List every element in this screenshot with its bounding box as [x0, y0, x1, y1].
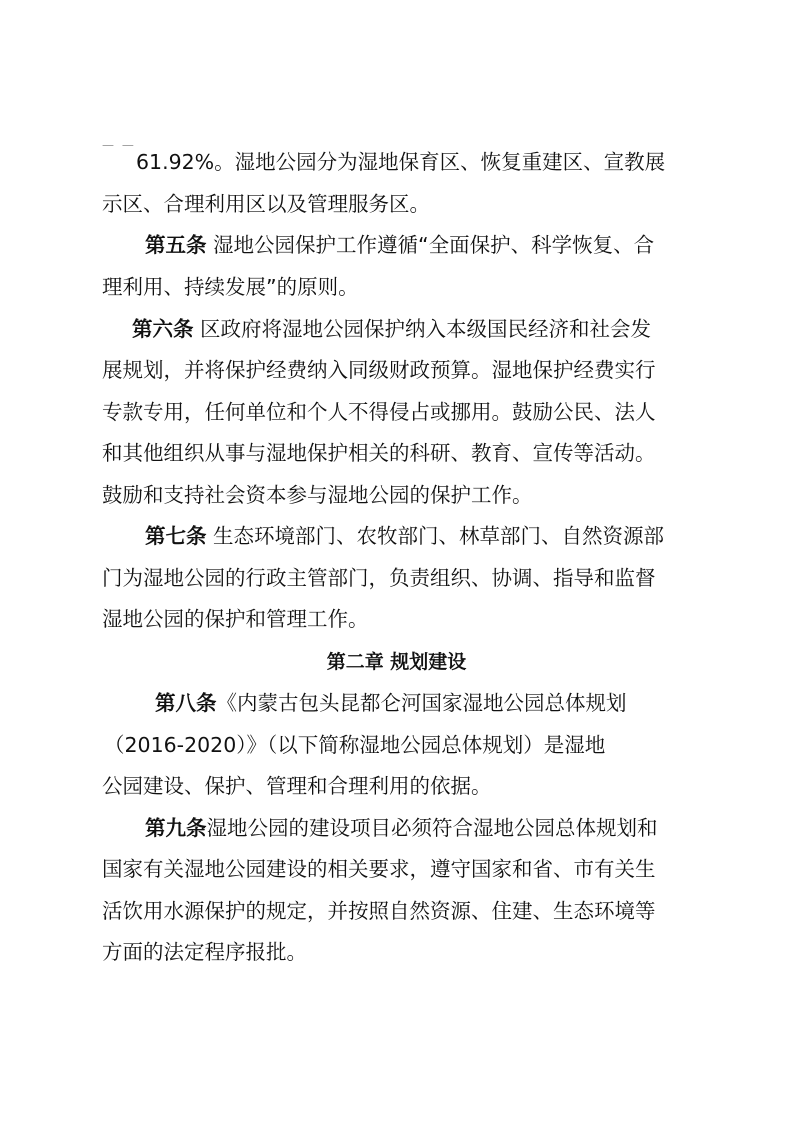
- paragraph-line: 61.92%。湿地公园分为湿地保育区、恢复重建区、宣教展: [136, 150, 665, 174]
- document-page: — — 61.92%。湿地公园分为湿地保育区、恢复重建区、宣教展 示区、合理利用…: [0, 0, 793, 1122]
- paragraph-line: 国家有关湿地公园建设的相关要求，遵守国家和省、市有关生: [102, 857, 656, 881]
- article-label: 第六条: [132, 317, 194, 341]
- header-dash-mark: — —: [102, 139, 136, 151]
- article-6-line: 第六条 区政府将湿地公园保护纳入本级国民经济和社会发: [132, 317, 651, 341]
- article-5-line: 第五条 湿地公园保护工作遵循“全面保护、科学恢复、合: [145, 233, 654, 257]
- article-8-line: 第八条《内蒙古包头昆都仑河国家湿地公园总体规划: [155, 691, 627, 715]
- article-label: 第八条: [155, 691, 217, 715]
- article-7-line: 第七条 生态环境部门、农牧部门、林草部门、自然资源部: [145, 524, 664, 548]
- paragraph-line: 活饮用水源保护的规定，并按照自然资源、住建、生态环境等: [102, 899, 656, 923]
- paragraph-line: 方面的法定程序报批。: [102, 940, 307, 964]
- paragraph-line: 和其他组织从事与湿地保护相关的科研、教育、宣传等活动。: [102, 441, 656, 465]
- paragraph-line: 公园建设、保护、管理和合理利用的依据。: [102, 774, 492, 798]
- paragraph-line: 展规划，并将保护经费纳入同级财政预算。湿地保护经费实行: [102, 358, 656, 382]
- paragraph-line: 鼓励和支持社会资本参与湿地公园的保护工作。: [102, 483, 533, 507]
- chapter-title: 第二章 规划建设: [0, 650, 793, 674]
- article-label: 第九条: [145, 816, 207, 840]
- paragraph-line: （2016-2020）》（以下简称湿地公园总体规划）是湿地: [104, 733, 605, 757]
- paragraph-line: 示区、合理利用区以及管理服务区。: [102, 192, 430, 216]
- article-9-line: 第九条湿地公园的建设项目必须符合湿地公园总体规划和: [145, 816, 658, 840]
- paragraph-line: 门为湿地公园的行政主管部门，负责组织、协调、指导和监督: [102, 566, 656, 590]
- paragraph-line: 理利用、持续发展”的原则。: [102, 275, 359, 299]
- paragraph-line: 湿地公园的保护和管理工作。: [102, 607, 369, 631]
- article-label: 第五条: [145, 233, 207, 257]
- article-label: 第七条: [145, 524, 207, 548]
- paragraph-line: 专款专用，任何单位和个人不得侵占或挪用。鼓励公民、法人: [102, 400, 656, 424]
